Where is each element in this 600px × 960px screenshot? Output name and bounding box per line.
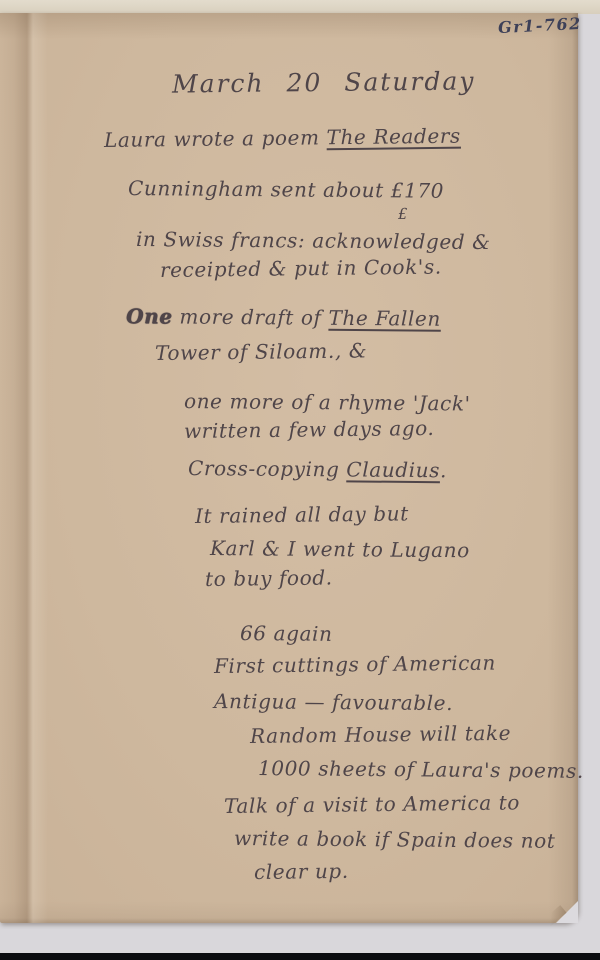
diary-line: in Swiss francs: acknowledged & <box>136 227 491 254</box>
scanned-diary-page: Gr1-762 March 20 Saturday Laura wrote a … <box>0 0 600 960</box>
line-segment: One <box>126 304 173 328</box>
diary-line: First cuttings of American <box>214 651 496 678</box>
line-segment: Cunningham sent about £170 <box>128 176 444 203</box>
line-segment: in Swiss francs: acknowledged & <box>136 227 491 254</box>
line-segment: Laura wrote a poem <box>104 125 327 152</box>
line-segment: Antigua — favourable. <box>214 689 453 715</box>
scanner-top-strip <box>0 0 600 14</box>
line-segment: written a few days ago. <box>184 416 435 443</box>
line-segment: Karl & I went to Lugano <box>210 536 470 562</box>
diary-line: Talk of a visit to America to <box>224 790 520 818</box>
line-segment: to buy food. <box>205 565 333 591</box>
line-segment: Talk of a visit to America to <box>224 790 520 818</box>
diary-line: write a book if Spain does not <box>234 826 556 853</box>
diary-line: Cross-copying Claudius. <box>188 456 447 482</box>
line-segment: The Readers <box>326 124 461 150</box>
diary-line: Tower of Siloam., & <box>155 338 367 365</box>
line-segment: Tower of Siloam., & <box>155 338 367 365</box>
line-segment: clear up. <box>254 859 349 884</box>
diary-date-heading: March 20 Saturday <box>172 66 476 98</box>
diary-line: Cunningham sent about £170 <box>128 176 444 203</box>
line-segment: 66 again <box>240 621 333 646</box>
diary-line: £ <box>398 205 408 223</box>
diary-line: clear up. <box>254 859 349 884</box>
diary-line: 1000 sheets of Laura's poems. <box>258 756 584 783</box>
line-segment: Cross-copying <box>188 456 347 481</box>
line-segment: First cuttings of American <box>214 651 496 678</box>
diary-line: one more of a rhyme 'Jack' <box>184 389 471 416</box>
line-segment: 1000 sheets of Laura's poems. <box>258 756 584 783</box>
diary-line: 66 again <box>240 621 333 646</box>
line-segment: one more of a rhyme 'Jack' <box>184 389 471 416</box>
line-segment: write a book if Spain does not <box>234 826 556 853</box>
line-segment: The Fallen <box>328 306 441 331</box>
diary-line: One more draft of The Fallen <box>126 304 441 331</box>
scanner-bottom-bar <box>0 953 600 960</box>
line-segment: Claudius <box>346 457 440 482</box>
line-segment: Random House will take <box>250 721 511 748</box>
diary-line: receipted & put in Cook's. <box>160 255 442 282</box>
diary-line: to buy food. <box>205 565 333 591</box>
diary-line: Random House will take <box>250 721 511 748</box>
diary-line: Karl & I went to Lugano <box>210 536 470 562</box>
diary-line: Laura wrote a poem The Readers <box>104 124 461 152</box>
line-segment: £ <box>398 205 408 223</box>
line-segment: more draft of <box>172 304 328 329</box>
line-segment: It rained all day but <box>195 501 409 528</box>
diary-line: It rained all day but <box>195 501 409 528</box>
line-segment: receipted & put in Cook's. <box>160 255 442 282</box>
line-segment: . <box>440 458 447 482</box>
diary-line: written a few days ago. <box>184 416 435 443</box>
diary-line: Antigua — favourable. <box>214 689 453 715</box>
